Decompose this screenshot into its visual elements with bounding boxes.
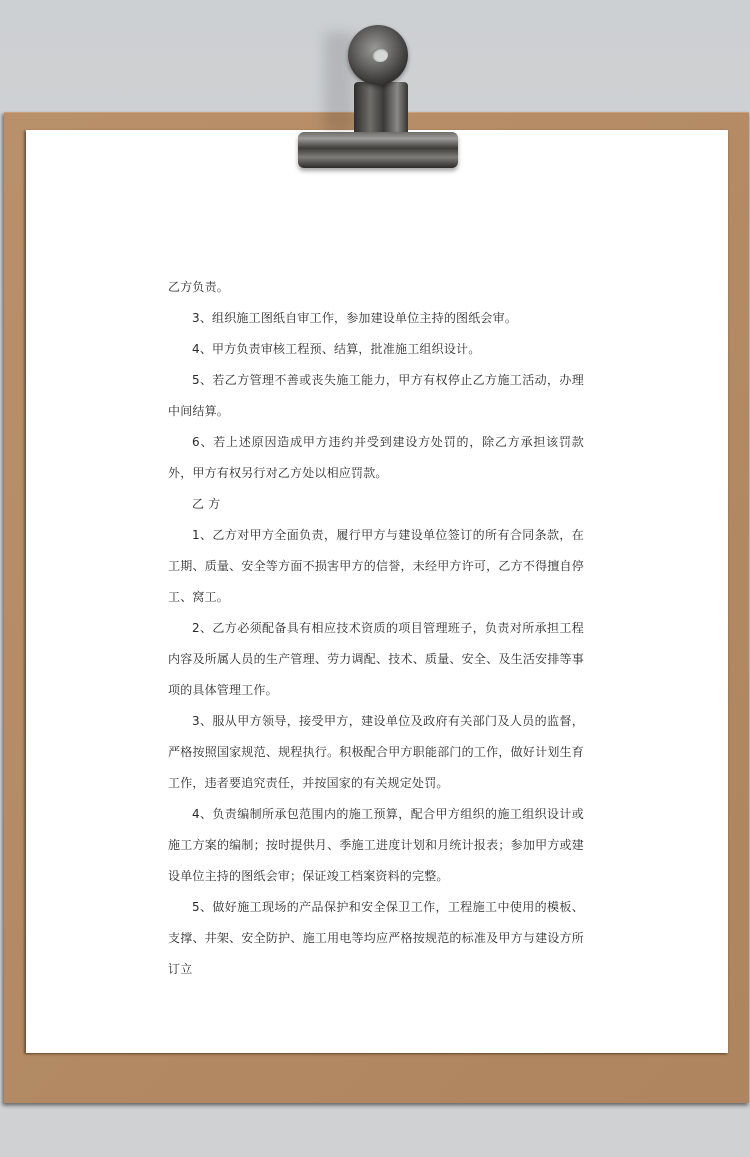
clip-base: [298, 132, 458, 168]
paragraph-9: 4、负责编制所承包范围内的施工预算，配合甲方组织的施工组织设计或施工方案的编制；…: [168, 799, 584, 892]
clip-hole: [372, 48, 388, 62]
paragraph-0: 乙方负责。: [168, 272, 584, 303]
paragraph-2: 4、甲方负责审核工程预、结算，批准施工组织设计。: [168, 334, 584, 365]
binder-clip-icon: [284, 22, 464, 172]
paragraph-4: 6、若上述原因造成甲方违约并受到建设方处罚的，除乙方承担该罚款外，甲方有权另行对…: [168, 427, 584, 489]
section-heading-party-b: 乙 方: [168, 489, 584, 520]
paragraph-6: 1、乙方对甲方全面负责，履行甲方与建设单位签订的所有合同条款，在工期、质量、安全…: [168, 520, 584, 613]
paragraph-8: 3、服从甲方领导，接受甲方，建设单位及政府有关部门及人员的监督，严格按照国家规范…: [168, 706, 584, 799]
paragraph-1: 3、组织施工图纸自审工作，参加建设单位主持的图纸会审。: [168, 303, 584, 334]
paragraph-7: 2、乙方必须配备具有相应技术资质的项目管理班子，负责对所承担工程内容及所属人员的…: [168, 613, 584, 706]
paragraph-10: 5、做好施工现场的产品保护和安全保卫工作，工程施工中使用的模板、支撑、井架、安全…: [168, 892, 584, 985]
paragraph-3: 5、若乙方管理不善或丧失施工能力，甲方有权停止乙方施工活动，办理中间结算。: [168, 365, 584, 427]
document-body: 乙方负责。 3、组织施工图纸自审工作，参加建设单位主持的图纸会审。 4、甲方负责…: [168, 272, 584, 985]
